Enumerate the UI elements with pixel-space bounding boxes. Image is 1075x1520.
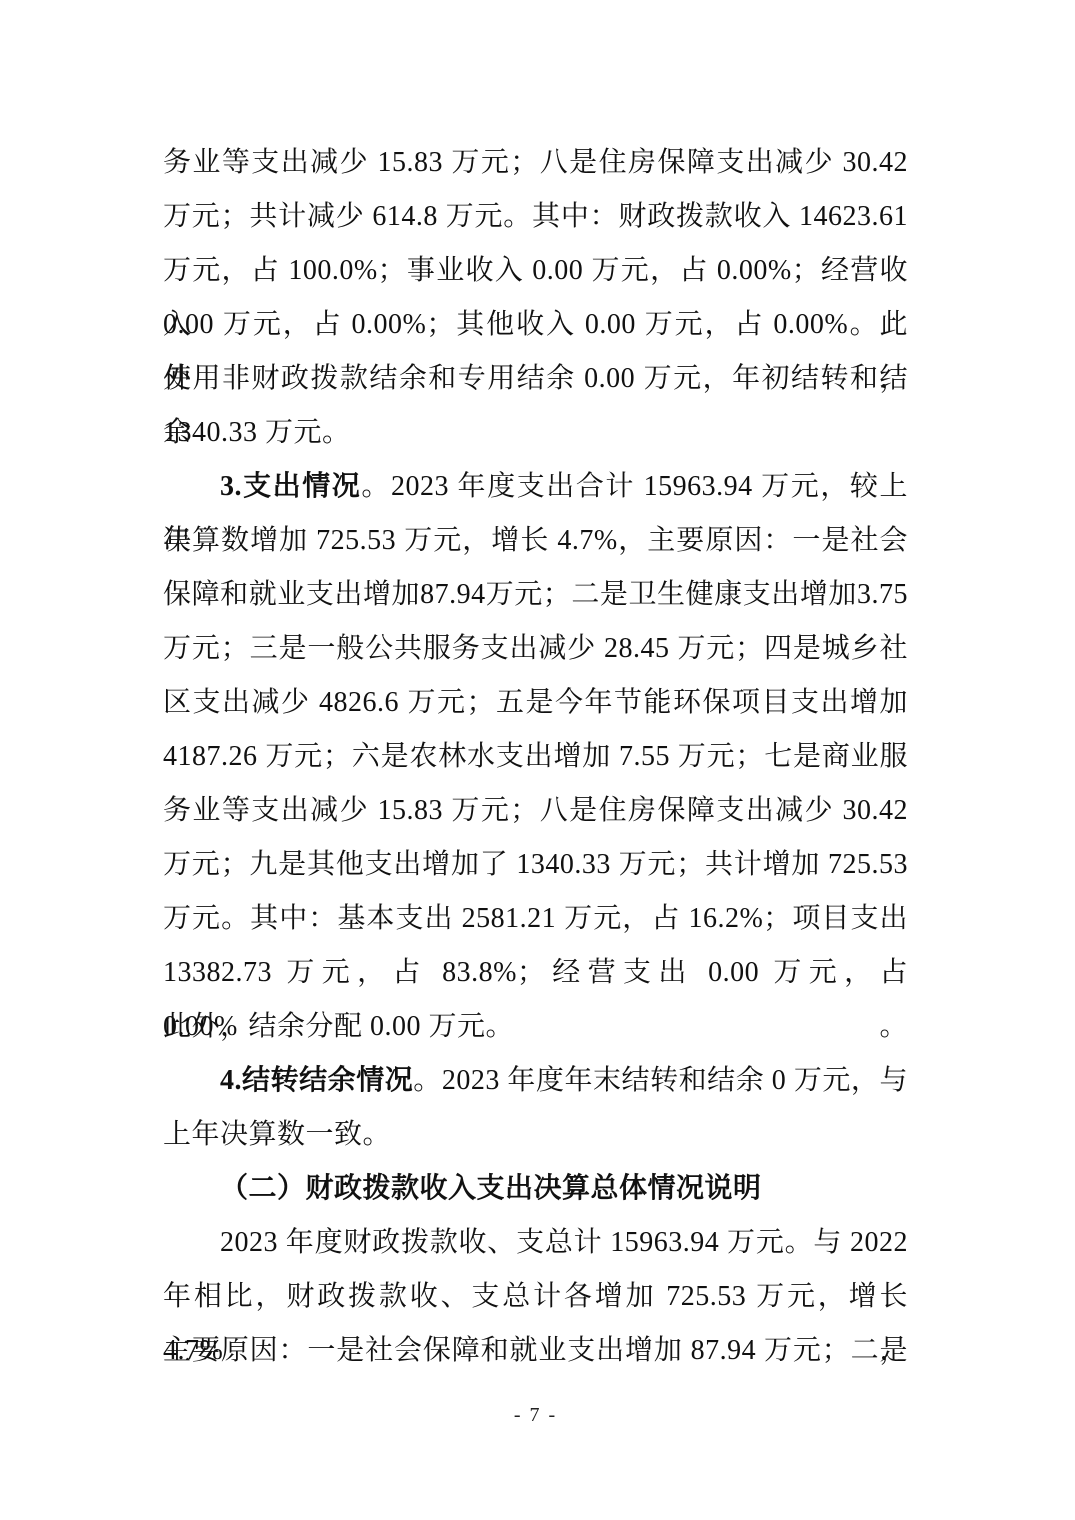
text-line: 4.结转结余情况。2023 年度年末结转和结余 0 万元，与	[163, 1054, 908, 1108]
text-line: 保障和就业支出增加87.94万元；二是卫生健康支出增加3.75	[163, 568, 908, 622]
text-run: 区支出减少 4826.6 万元；五是今年节能环保项目支出增加	[163, 687, 908, 718]
text-line: 13382.73 万元，占 83.8%；经营支出 0.00 万元，占 0.00%…	[163, 946, 908, 1000]
text-line: 2023 年度财政拨款收、支总计 15963.94 万元。与 2022	[163, 1216, 908, 1270]
page-number: - 7 -	[514, 1404, 557, 1426]
text-line: 万元；九是其他支出增加了 1340.33 万元；共计增加 725.53	[163, 838, 908, 892]
para-expenditure-situation: 3.支出情况。2023 年度支出合计 15963.94 万元，较上年决算数增加 …	[163, 460, 908, 1054]
text-run: 上年决算数一致。	[163, 1119, 391, 1150]
text-line: 上年决算数一致。	[163, 1108, 908, 1162]
text-line: 区支出减少 4826.6 万元；五是今年节能环保项目支出增加	[163, 676, 908, 730]
text-line: 万元；共计减少 614.8 万元。其中：财政拨款收入 14623.61	[163, 190, 908, 244]
text-run: 保障和就业支出增加87.94万元；二是卫生健康支出增加3.75	[163, 579, 908, 610]
document-body: 务业等支出减少 15.83 万元；八是住房保障支出减少 30.42万元；共计减少…	[163, 136, 908, 1378]
text-run: 2023 年度财政拨款收、支总计 15963.94 万元。与 2022	[220, 1227, 908, 1258]
para-income-detail-continuation: 务业等支出减少 15.83 万元；八是住房保障支出减少 30.42万元；共计减少…	[163, 136, 908, 460]
text-line: 决算数增加 725.53 万元，增长 4.7%，主要原因：一是社会	[163, 514, 908, 568]
text-line: 0.00 万元，占 0.00%；其他收入 0.00 万元，占 0.00%。此外，	[163, 298, 908, 352]
text-line: 3.支出情况。2023 年度支出合计 15963.94 万元，较上年	[163, 460, 908, 514]
text-line: 使用非财政拨款结余和专用结余 0.00 万元，年初结转和结余	[163, 352, 908, 406]
text-run: 务业等支出减少 15.83 万元；八是住房保障支出减少 30.42	[163, 147, 908, 178]
text-line: （二）财政拨款收入支出决算总体情况说明	[163, 1162, 908, 1216]
text-run: 万元；共计减少 614.8 万元。其中：财政拨款收入 14623.61	[163, 201, 908, 232]
text-run: 万元；九是其他支出增加了 1340.33 万元；共计增加 725.53	[163, 849, 908, 880]
text-run: 4187.26 万元；六是农林水支出增加 7.55 万元；七是商业服	[163, 741, 908, 772]
text-line: 主要原因：一是社会保障和就业支出增加 87.94 万元；二是	[163, 1324, 908, 1378]
text-line: 万元；三是一般公共服务支出减少 28.45 万元；四是城乡社	[163, 622, 908, 676]
para-section-heading-two: （二）财政拨款收入支出决算总体情况说明	[163, 1162, 908, 1216]
text-run: 1340.33 万元。	[163, 417, 351, 448]
text-run: 务业等支出减少 15.83 万元；八是住房保障支出减少 30.42	[163, 795, 908, 826]
text-line: 务业等支出减少 15.83 万元；八是住房保障支出减少 30.42	[163, 136, 908, 190]
text-run: 决算数增加 725.53 万元，增长 4.7%，主要原因：一是社会	[163, 525, 908, 556]
text-run: 万元；三是一般公共服务支出减少 28.45 万元；四是城乡社	[163, 633, 908, 664]
page-footer: - 7 -	[163, 1398, 908, 1432]
text-line: 1340.33 万元。	[163, 406, 908, 460]
text-line: 年相比，财政拨款收、支总计各增加 725.53 万元，增长 4.7%，	[163, 1270, 908, 1324]
text-line: 务业等支出减少 15.83 万元；八是住房保障支出减少 30.42	[163, 784, 908, 838]
text-line: 万元。其中：基本支出 2581.21 万元，占 16.2%；项目支出	[163, 892, 908, 946]
text-run: 万元。其中：基本支出 2581.21 万元，占 16.2%；项目支出	[163, 903, 908, 934]
text-line: 万元，占 100.0%；事业收入 0.00 万元，占 0.00%；经营收入	[163, 244, 908, 298]
text-run: 此外，结余分配 0.00 万元。	[163, 1011, 514, 1042]
text-run: 。2023 年度年末结转和结余 0 万元，与	[413, 1065, 908, 1096]
text-run: 主要原因：一是社会保障和就业支出增加 87.94 万元；二是	[163, 1335, 908, 1366]
para-carryover-balance: 4.结转结余情况。2023 年度年末结转和结余 0 万元，与上年决算数一致。	[163, 1054, 908, 1162]
para-fiscal-appropriation-total: 2023 年度财政拨款收、支总计 15963.94 万元。与 2022年相比，财…	[163, 1216, 908, 1378]
document-page: 务业等支出减少 15.83 万元；八是住房保障支出减少 30.42万元；共计减少…	[0, 0, 1075, 1520]
text-line: 4187.26 万元；六是农林水支出增加 7.55 万元；七是商业服	[163, 730, 908, 784]
bold-text-run: 4.结转结余情况	[220, 1065, 413, 1096]
bold-text-run: 3.支出情况	[220, 471, 361, 502]
bold-text-run: （二）财政拨款收入支出决算总体情况说明	[220, 1173, 762, 1204]
